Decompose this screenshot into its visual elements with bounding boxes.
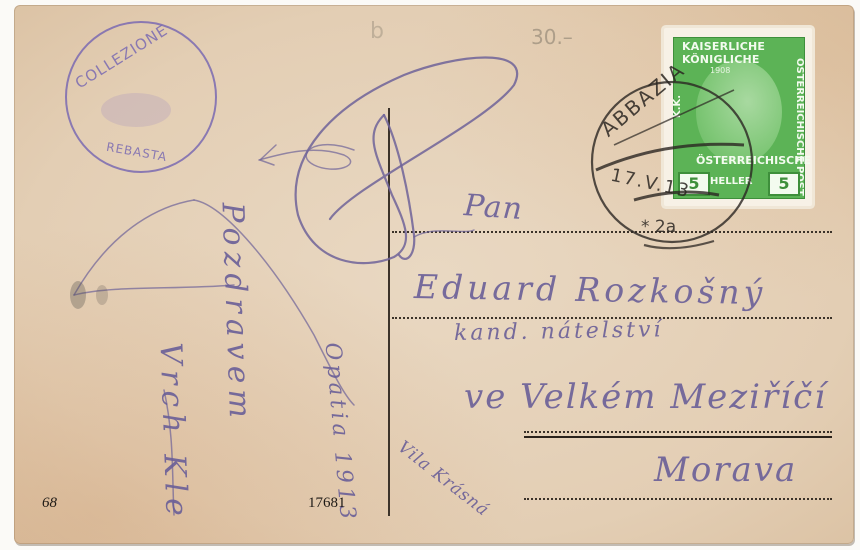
stamp-currency: HELLER — [710, 176, 752, 187]
message-note: Vila Krásná — [394, 437, 493, 521]
stamp-value-right: 5 — [768, 172, 800, 196]
printed-number-right: 17681 — [308, 495, 346, 512]
address-title: kand. nátelství — [454, 317, 664, 346]
address-town: ve Velkém Meziříčí — [464, 377, 827, 417]
address-divider — [388, 108, 390, 516]
pencil-mark: b — [370, 19, 384, 44]
stamp-text-left: K.K. — [672, 95, 683, 118]
message-signature: Vrch Kle — [153, 342, 194, 523]
stamp-frame: 1908 KAISERLICHE KÖNIGLICHE K.K. ÖSTERRE… — [673, 37, 805, 199]
message-greeting: Pozdravem — [215, 202, 258, 425]
printed-number-left: 68 — [42, 495, 57, 512]
postage-stamp: 1908 KAISERLICHE KÖNIGLICHE K.K. ÖSTERRE… — [664, 28, 812, 206]
address-name: Eduard Rozkošný — [414, 267, 767, 312]
address-line-1 — [392, 231, 832, 233]
cachet-text-bottom: REBASTA — [105, 140, 168, 164]
cachet-text-top: COLLEZIONE — [72, 21, 171, 92]
address-line-3 — [524, 431, 832, 433]
stamp-text-bottom: ÖSTERREICHISCHE — [696, 154, 811, 167]
address-underline — [524, 436, 832, 438]
address-region: Morava — [654, 450, 797, 490]
address-line-4 — [524, 498, 832, 500]
pencil-price: 30.– — [531, 25, 573, 49]
address-salutation: Pan — [463, 188, 524, 227]
postcard: 30.– b COLLEZIONE REBASTA 1908 KAISERLIC… — [14, 5, 854, 544]
cachet-label: COLLEZIONE — [72, 21, 171, 92]
stamp-text-top: KAISERLICHE KÖNIGLICHE — [682, 40, 804, 66]
stamp-year: 1908 — [710, 66, 730, 75]
postmark-suffix: * 2a — [641, 217, 676, 237]
emperor-portrait-icon — [696, 60, 782, 164]
